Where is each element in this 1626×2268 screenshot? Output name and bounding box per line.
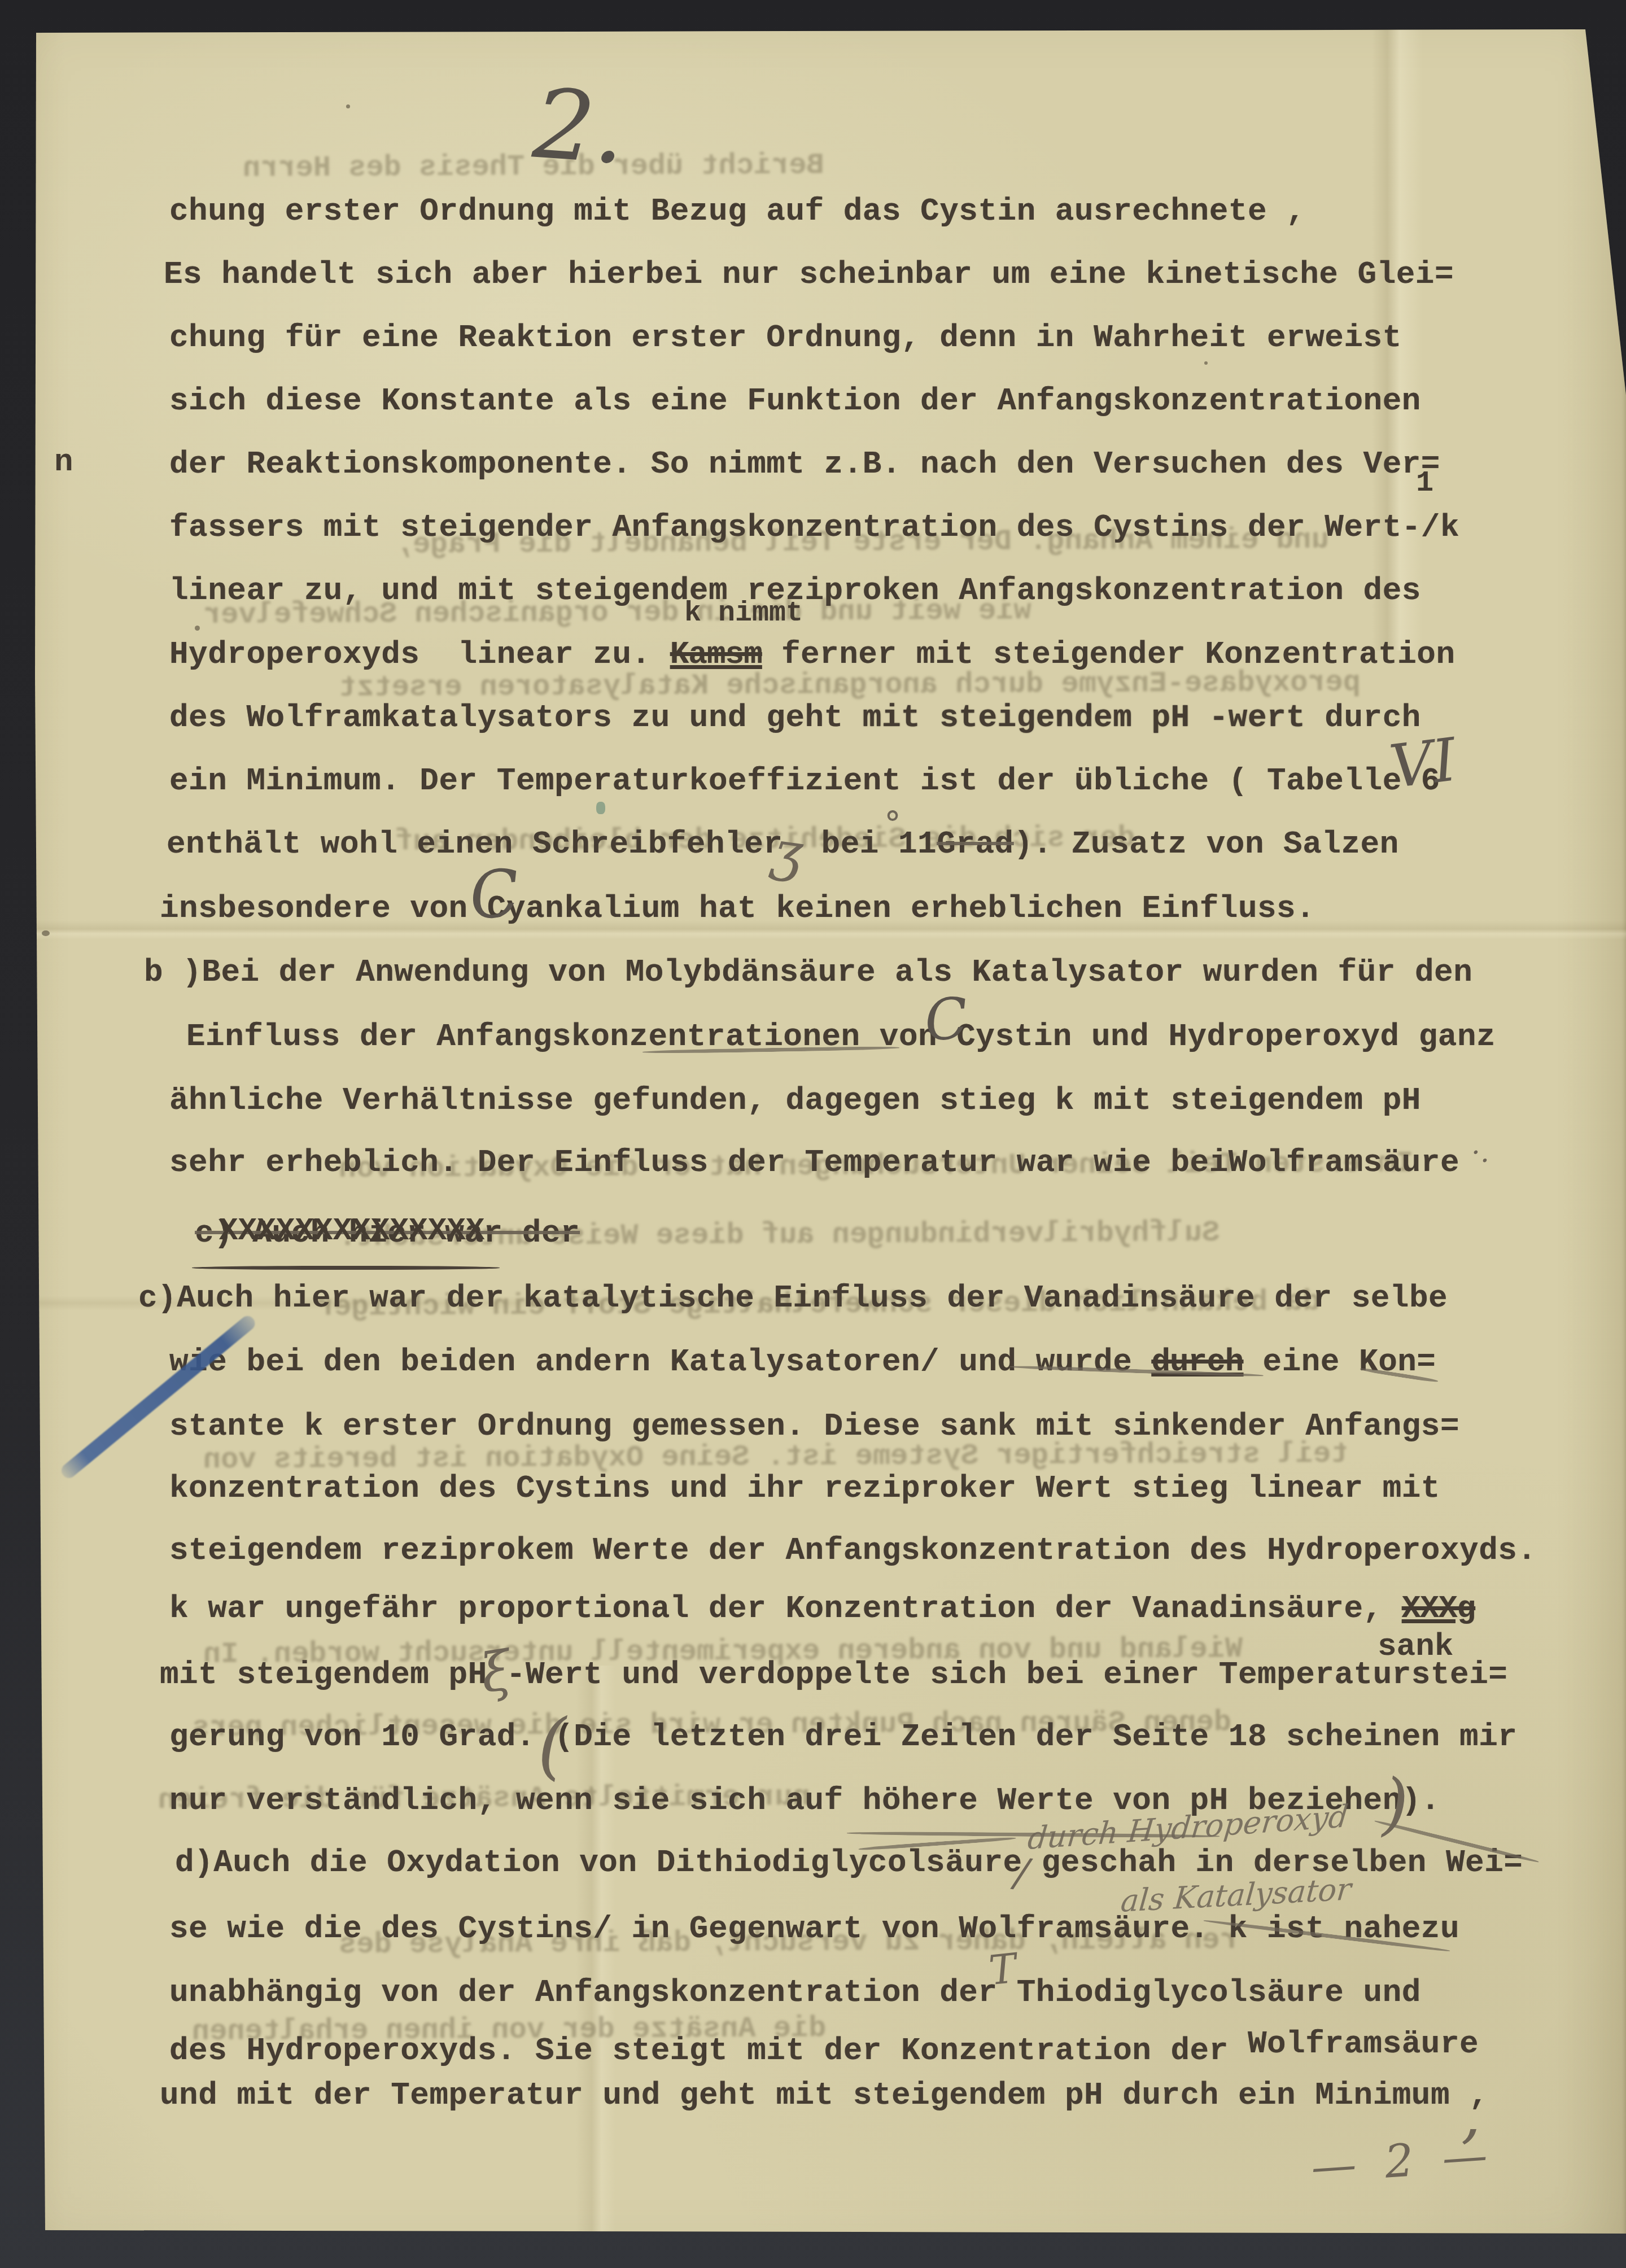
typed-text: b )Bei der Anwendung von Molybdänsäure a… bbox=[144, 954, 1472, 990]
typed-line: stante k erster Ordnung gemessen. Diese … bbox=[169, 1410, 1459, 1443]
typed-line: Hydroperoxyds linear zu. Kamsm ferner mi… bbox=[169, 638, 1455, 671]
typed-text: chung für eine Reaktion erster Ordnung, … bbox=[169, 320, 1402, 356]
typed-line: Es handelt sich aber hierbei nur scheinb… bbox=[164, 258, 1454, 291]
typed-line: der Reaktionskomponente. So nimmt z.B. n… bbox=[169, 448, 1440, 481]
scanned-document-page: { "meta": { "kind": "scanned typewritten… bbox=[0, 0, 1626, 2268]
typed-text: steigendem reziprokem Werte der Anfangsk… bbox=[169, 1532, 1537, 1568]
paper-speck bbox=[1204, 361, 1208, 365]
typed-text: enthält wohl einen Schreibfehler bbox=[167, 826, 783, 862]
ink-underline-x-row bbox=[192, 1266, 500, 1270]
typed-line: unabhängig von der Anfangskonzentration … bbox=[169, 1976, 1421, 2009]
typed-text: insbesondere von Cyankalium hat keinen e… bbox=[160, 890, 1315, 927]
typed-text: sehr erheblich. Der Einfluss der Tempera… bbox=[169, 1144, 1459, 1181]
typed-line: b )Bei der Anwendung von Molybdänsäure a… bbox=[144, 956, 1472, 989]
typed-text: ). Zusatz von Salzen bbox=[1014, 826, 1399, 862]
typed-text: fassers mit steigender Anfangskonzentrat… bbox=[169, 509, 1459, 545]
typed-text: unabhängig von der Anfangskonzentration … bbox=[169, 1974, 1421, 2011]
typed-text: und mit der Temperatur und geht mit stei… bbox=[160, 2077, 1488, 2113]
typed-text: Hydroperoxyds linear zu. bbox=[169, 636, 670, 672]
teal-ink-smudge bbox=[596, 802, 605, 814]
pencil-open-paren: ( bbox=[537, 1708, 566, 1782]
margin-stray-n: n bbox=[54, 446, 73, 478]
handwritten-page-number-bottom: — 2 — bbox=[1310, 2132, 1489, 2190]
typed-text: stante k erster Ordnung gemessen. Diese … bbox=[169, 1408, 1459, 1444]
typed-line: fassers mit steigender Anfangskonzentrat… bbox=[169, 511, 1459, 544]
typed-text: Wolframsäure bbox=[1248, 2027, 1479, 2061]
typed-line: mit steigendem pH -Wert und verdoppelte … bbox=[160, 1658, 1507, 1692]
bleedthrough-ghost-line: peroxydase-Enzyme durch anorganische Kat… bbox=[339, 668, 1361, 702]
typed-text: wie bei den beiden andern Katalysatoren/… bbox=[169, 1344, 1151, 1380]
typed-text: durch bbox=[1305, 700, 1421, 736]
typed-line: ähnliche Verhältnisse gefunden, dagegen … bbox=[169, 1084, 1421, 1117]
typed-line: steigendem reziprokem Werte der Anfangsk… bbox=[169, 1534, 1537, 1567]
typed-line: insbesondere von Cyankalium hat keinen e… bbox=[160, 892, 1315, 925]
paper-speck bbox=[42, 930, 50, 936]
typed-text: des Wolframkatalysators zu und geht bbox=[169, 700, 863, 736]
typed-line: und mit der Temperatur und geht mit stei… bbox=[160, 2079, 1488, 2112]
typed-text: ähnliche Verhältnisse gefunden, dagegen … bbox=[169, 1082, 1421, 1118]
bleedthrough-ghost-line: teil streichfertiger Systeme ist. Seine … bbox=[203, 1440, 1349, 1475]
typed-overstrike-x-row: XXXXXXXXXXXXXX bbox=[219, 1215, 484, 1247]
typed-line: des Wolframkatalysators zu und geht mit … bbox=[169, 701, 1421, 735]
pencil-T-correction: T bbox=[987, 1948, 1018, 1991]
paper-speck bbox=[346, 104, 350, 108]
typed-line: c)Auch hier war der katalytische Einflus… bbox=[138, 1282, 1448, 1315]
typed-line: gerung von 10 Grad. (Die letzten drei Ze… bbox=[169, 1720, 1517, 1754]
typed-text: ferner mit steigender Konzentration bbox=[762, 636, 1455, 672]
typed-line: chung erster Ordnung mit Bezug auf das C… bbox=[169, 195, 1305, 228]
typed-insertion-sank: sank bbox=[1378, 1631, 1453, 1662]
typed-text: XXXg bbox=[1402, 1590, 1475, 1627]
typed-text: des Hydroperoxyds. Sie steigt mit der Ko… bbox=[169, 2033, 1248, 2069]
typed-text: gerung von 10 Grad. (Die letzten drei Ze… bbox=[169, 1719, 1517, 1755]
typed-text: mit steigendem pH -Wert und verdoppelte … bbox=[160, 1657, 1507, 1693]
typed-text: konzentration des Cystins und ihr rezipr… bbox=[169, 1470, 1440, 1506]
pencil-capital-C-cystin: C bbox=[923, 990, 971, 1050]
typed-text: c)Auch hier war der katalytische Einflus… bbox=[138, 1280, 1448, 1316]
paper-speck bbox=[195, 626, 200, 631]
pencil-dots-line16: ·. bbox=[1471, 1138, 1489, 1166]
typed-line: des Hydroperoxyds. Sie steigt mit der Ko… bbox=[169, 2034, 1479, 2068]
handwritten-page-number-top: 2. bbox=[530, 76, 628, 178]
typed-line: ein Minimum. Der Temperaturkoeffizient i… bbox=[169, 764, 1440, 798]
pencil-capital-C-cyankalium: C bbox=[467, 860, 522, 929]
typed-text: sich diese Konstante als eine Funktion d… bbox=[169, 383, 1421, 419]
typed-text: Es handelt sich aber hierbei nur scheinb… bbox=[164, 256, 1454, 292]
pencil-roman-VI-over-6: VI bbox=[1387, 730, 1459, 797]
typed-text: Kamsm bbox=[670, 636, 762, 672]
paper-sheet: Bericht über die Thesis des Herrnund ein… bbox=[0, 0, 1626, 2268]
pencil-squiggle-after-schreibfehler: ʒ bbox=[769, 824, 806, 881]
typed-line: sehr erheblich. Der Einfluss der Tempera… bbox=[169, 1146, 1459, 1179]
typed-text: Grad bbox=[937, 826, 1013, 862]
typed-text: mit steigendem pH -wert bbox=[863, 700, 1305, 736]
typed-text: ein Minimum. Der Temperaturkoeffizient i… bbox=[169, 763, 1421, 799]
typed-superscript-1: 1 bbox=[1416, 469, 1433, 498]
typed-line: k war ungefähr proportional der Konzentr… bbox=[169, 1592, 1475, 1625]
typed-line: sich diese Konstante als eine Funktion d… bbox=[169, 384, 1421, 418]
typed-insertion-k-nimmt: k nimmt bbox=[684, 600, 803, 628]
typed-text: der Reaktionskomponente. So nimmt z.B. n… bbox=[169, 446, 1440, 482]
pencil-degree-sign: ° bbox=[884, 807, 901, 841]
typed-text: chung erster Ordnung mit Bezug auf das C… bbox=[169, 193, 1305, 229]
typed-line: chung für eine Reaktion erster Ordnung, … bbox=[169, 321, 1402, 355]
typed-line: konzentration des Cystins und ihr rezipr… bbox=[169, 1472, 1440, 1505]
typed-text: k war ungefähr proportional der Konzentr… bbox=[169, 1590, 1402, 1627]
